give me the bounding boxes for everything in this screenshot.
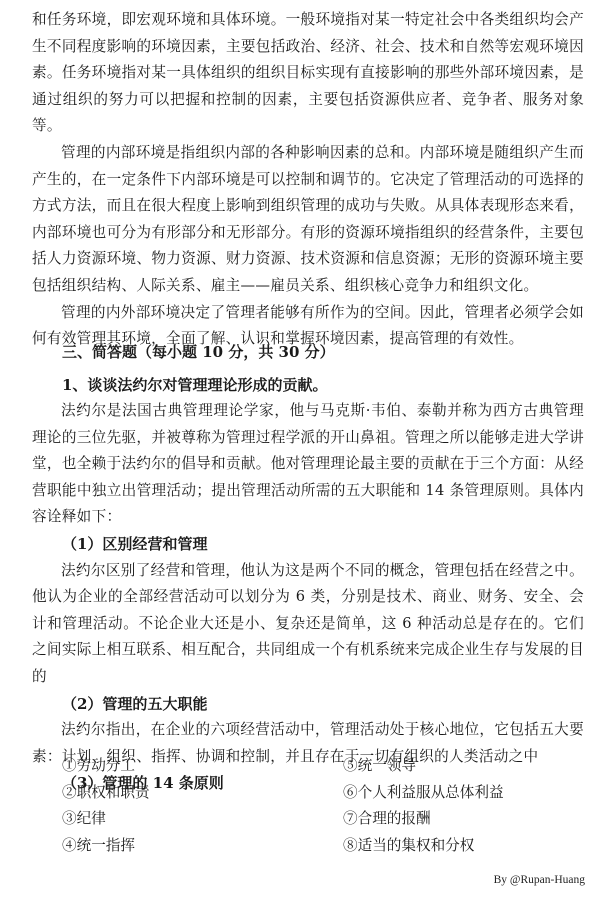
answer-intro: 法约尔是法国古典管理理论学家，他与马克斯·韦伯、泰勒并称为西方古典管理理论的三位… bbox=[32, 398, 584, 531]
principle-5: ⑤统一领导 bbox=[343, 753, 416, 780]
principle-4: ④统一指挥 bbox=[62, 833, 343, 860]
section-heading: 三、简答题（每小题 10 分，共 30 分） bbox=[62, 341, 335, 362]
principle-2: ②职权和职责 bbox=[62, 780, 343, 807]
sub-heading-1: （1）区别经营和管理 bbox=[32, 531, 584, 558]
question-heading: 1、谈谈法约尔对管理理论形成的贡献。 bbox=[62, 374, 327, 395]
list-item: ①劳动分工 ⑤统一领导 bbox=[62, 753, 562, 780]
principles-list: ①劳动分工 ⑤统一领导 ②职权和职责 ⑥个人利益服从总体利益 ③纪律 ⑦合理的报… bbox=[62, 753, 562, 859]
author-credit: By @Rupan-Huang bbox=[494, 874, 585, 886]
principle-6: ⑥个人利益服从总体利益 bbox=[343, 780, 504, 807]
answer-block: 法约尔是法国古典管理理论学家，他与马克斯·韦伯、泰勒并称为西方古典管理理论的三位… bbox=[32, 398, 584, 797]
list-item: ②职权和职责 ⑥个人利益服从总体利益 bbox=[62, 780, 562, 807]
principle-7: ⑦合理的报酬 bbox=[343, 806, 431, 833]
list-item: ③纪律 ⑦合理的报酬 bbox=[62, 806, 562, 833]
sub-heading-2: （2）管理的五大职能 bbox=[32, 691, 584, 718]
sub-body-1: 法约尔区别了经营和管理，他认为这是两个不同的概念，管理包括在经营之中。他认为企业… bbox=[32, 558, 584, 691]
paragraph-internal-environment: 管理的内部环境是指组织内部的各种影响因素的总和。内部环境是随组织产生而产生的，在… bbox=[32, 140, 584, 300]
principle-3: ③纪律 bbox=[62, 806, 343, 833]
list-item: ④统一指挥 ⑧适当的集权和分权 bbox=[62, 833, 562, 860]
principle-1: ①劳动分工 bbox=[62, 753, 343, 780]
document-page: 和任务环境，即宏观环境和具体环境。一般环境指对某一特定社会中各类组织均会产生不同… bbox=[32, 7, 584, 353]
principle-8: ⑧适当的集权和分权 bbox=[343, 833, 474, 860]
paragraph-environment-types: 和任务环境，即宏观环境和具体环境。一般环境指对某一特定社会中各类组织均会产生不同… bbox=[32, 7, 584, 140]
